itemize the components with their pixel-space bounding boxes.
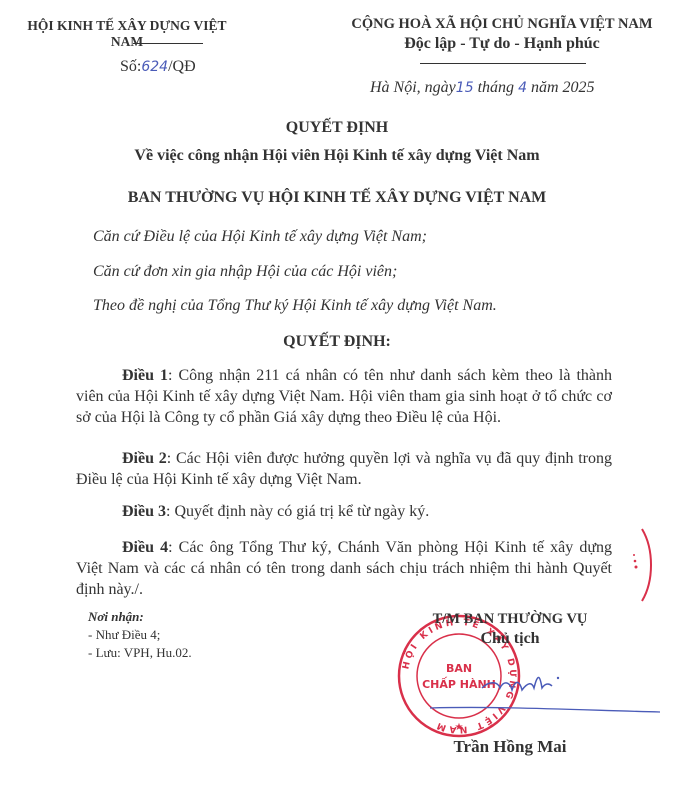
document-title: QUYẾT ĐỊNH	[0, 119, 674, 137]
article-4: Điều 4: Các ông Tổng Thư ký, Chánh Văn p…	[76, 537, 612, 600]
article-label: Điều 3	[122, 503, 166, 520]
article-text: : Quyết định này có giá trị kể từ ngày k…	[166, 503, 429, 520]
partial-seal-stamp	[630, 525, 674, 605]
date-line: Hà Nội, ngày15 tháng 4 năm 2025	[370, 79, 595, 97]
organization-underline	[133, 43, 203, 44]
date-month-label: tháng	[478, 79, 514, 96]
article-label: Điều 2	[122, 450, 167, 467]
recipients: Nơi nhận: - Như Điều 4; - Lưu: VPH, Hu.0…	[88, 608, 192, 662]
document-subtitle: Về việc công nhận Hội viên Hội Kinh tế x…	[0, 147, 674, 165]
legal-basis-1: Căn cứ Điều lệ của Hội Kinh tế xây dựng …	[93, 228, 427, 246]
doc-number-handwritten: 624	[141, 59, 168, 75]
motto-underline	[420, 63, 586, 64]
article-2: Điều 2: Các Hội viên được hưởng quyền lợ…	[76, 448, 612, 490]
organization-name: HỘI KINH TẾ XÂY DỰNG VIỆT NAM	[22, 18, 232, 50]
decision-heading: QUYẾT ĐỊNH:	[0, 333, 674, 351]
legal-basis-2: Căn cứ đơn xin gia nhập Hội của các Hội …	[93, 263, 397, 281]
date-month: 4	[518, 80, 527, 96]
article-label: Điều 4	[122, 539, 168, 556]
doc-number-prefix: Số:	[120, 58, 141, 75]
doc-number-suffix: /QĐ	[168, 58, 196, 75]
date-day: 15	[456, 80, 474, 96]
motto: Độc lập - Tự do - Hạnh phúc	[342, 35, 662, 53]
issuing-body: BAN THƯỜNG VỤ HỘI KINH TẾ XÂY DỰNG VIỆT …	[0, 189, 674, 207]
star-icon: ★	[455, 722, 464, 733]
signature-position: Chủ tịch	[400, 630, 620, 648]
handwritten-signature	[420, 660, 660, 720]
date-place: Hà Nội, ngày	[370, 79, 456, 96]
nation-title: CỘNG HOÀ XÃ HỘI CHỦ NGHĨA VIỆT NAM	[342, 16, 662, 33]
recipient-item: - Như Điều 4;	[88, 626, 192, 644]
recipients-heading: Nơi nhận:	[88, 608, 192, 626]
signature-on-behalf: T/M BAN THƯỜNG VỤ	[400, 611, 620, 628]
article-label: Điều 1	[122, 367, 168, 384]
document-number: Số:624/QĐ	[120, 58, 196, 76]
article-1: Điều 1: Công nhận 211 cá nhân có tên như…	[76, 365, 612, 428]
date-year: năm 2025	[531, 79, 595, 96]
article-3: Điều 3: Quyết định này có giá trị kể từ …	[76, 501, 612, 522]
signer-name: Trần Hồng Mai	[400, 737, 620, 757]
legal-basis-3: Theo đề nghị của Tổng Thư ký Hội Kinh tế…	[93, 297, 497, 315]
recipient-item: - Lưu: VPH, Hu.02.	[88, 644, 192, 662]
